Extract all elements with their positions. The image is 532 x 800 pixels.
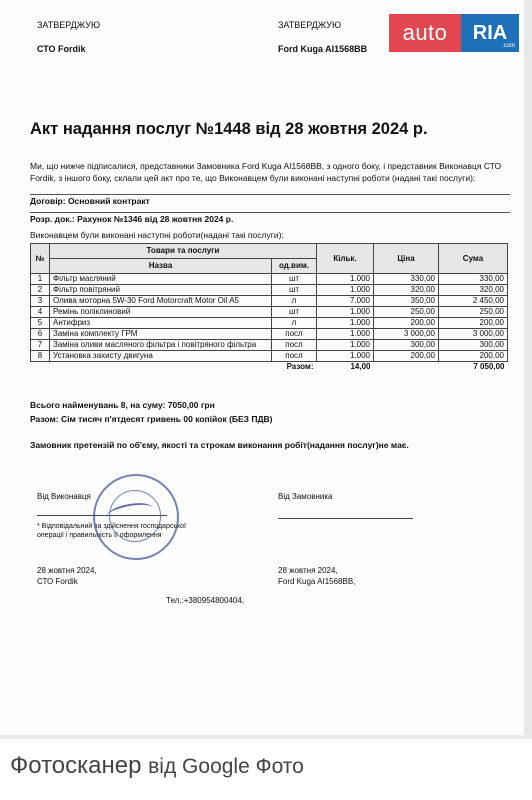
footer-app-name: Фотосканер — [10, 752, 141, 779]
col-price: Ціна — [374, 244, 439, 274]
row-name: Заміна оливи масляного фільтра і повітря… — [50, 340, 272, 351]
phone: Тел.:+380954800404, — [166, 596, 244, 605]
contract-line: Договір: Основний контракт — [30, 194, 510, 207]
row-no: 2 — [31, 285, 50, 296]
approve-left: ЗАТВЕРДЖУЮ СТО Fordik — [37, 20, 100, 54]
customer-date: 28 жовтня 2024, — [278, 566, 338, 575]
performed-note: Виконавцем були виконані наступні роботи… — [30, 229, 510, 241]
watermark-ria-suffix: .com — [502, 43, 515, 49]
row-price: 3 000,00 — [374, 329, 439, 340]
row-unit: л — [272, 318, 317, 329]
row-price: 200,00 — [374, 351, 439, 362]
row-sum: 2 450,00 — [439, 296, 508, 307]
row-sum: 3 000,00 — [439, 329, 508, 340]
page-bottom-edge — [0, 735, 532, 739]
row-unit: шт — [272, 274, 317, 285]
table-row: 6Заміна комплекту ГРМпосл1.0003 000,003 … — [31, 329, 508, 340]
col-qty: Кільк. — [317, 244, 374, 274]
col-sum: Сума — [439, 244, 508, 274]
table-row: 7Заміна оливи масляного фільтра і повітр… — [31, 340, 508, 351]
row-sum: 250,00 — [439, 307, 508, 318]
row-name: Фільтр масляний — [50, 274, 272, 285]
col-group: Товари та послуги — [50, 244, 317, 259]
row-qty: 7.000 — [317, 296, 374, 307]
row-price: 320,00 — [374, 285, 439, 296]
row-no: 5 — [31, 318, 50, 329]
footer-caption: Фотосканер від Google Фото — [10, 752, 304, 780]
approve-right-value: Ford Kuga AI1568BB — [278, 44, 367, 54]
row-no: 4 — [31, 307, 50, 318]
summary-words: Разом: Сім тисяч п'ятдесят гривень 00 ко… — [30, 414, 273, 424]
row-qty: 1.000 — [317, 318, 374, 329]
row-price: 200,00 — [374, 318, 439, 329]
table-row: 3Олива моторна 5W-30 Ford Motorcraft Mot… — [31, 296, 508, 307]
row-no: 6 — [31, 329, 50, 340]
row-price: 330,00 — [374, 274, 439, 285]
row-no: 7 — [31, 340, 50, 351]
approve-left-label: ЗАТВЕРДЖУЮ — [37, 20, 100, 30]
row-qty: 1.000 — [317, 285, 374, 296]
customer-label: Від Замовника — [278, 492, 333, 501]
row-unit: посл — [272, 340, 317, 351]
row-price: 250,00 — [374, 307, 439, 318]
approve-right-label: ЗАТВЕРДЖУЮ — [278, 20, 367, 30]
col-no: № — [31, 244, 50, 274]
row-sum: 320,00 — [439, 285, 508, 296]
row-unit: посл — [272, 329, 317, 340]
row-sum: 200,00 — [439, 318, 508, 329]
company-stamp — [93, 474, 179, 560]
row-qty: 1.000 — [317, 307, 374, 318]
table-row: 5Антифризл1.000200,00200,00 — [31, 318, 508, 329]
row-name: Заміна комплекту ГРМ — [50, 329, 272, 340]
row-unit: шт — [272, 285, 317, 296]
autoria-watermark: auto RIA .com — [389, 14, 519, 52]
page-edge — [524, 0, 532, 735]
row-no: 8 — [31, 351, 50, 362]
total-qty: 14,00 — [317, 362, 374, 373]
row-price: 300,00 — [374, 340, 439, 351]
watermark-ria: RIA .com — [461, 14, 519, 52]
approve-left-value: СТО Fordik — [37, 44, 100, 54]
row-sum: 330,00 — [439, 274, 508, 285]
table-row: 2Фільтр повітрянийшт1.000320,00320,00 — [31, 285, 508, 296]
customer-name: Ford Kuga AI1568BB, — [278, 577, 355, 586]
approve-right: ЗАТВЕРДЖУЮ Ford Kuga AI1568BB — [278, 20, 367, 54]
row-qty: 1.000 — [317, 274, 374, 285]
footer-rest: від Google Фото — [148, 755, 304, 778]
customer-sign-line — [278, 518, 413, 519]
total-sum: 7 050,00 — [439, 362, 508, 373]
row-unit: шт — [272, 307, 317, 318]
table-row: 4Ремінь поліклиновийшт1.000250,00250,00 — [31, 307, 508, 318]
executor-name: СТО Fordik — [37, 577, 78, 586]
total-row: Разом: 14,00 7 050,00 — [31, 362, 508, 373]
document-title: Акт надання послуг №1448 від 28 жовтня 2… — [30, 120, 500, 139]
items-table: № Товари та послуги Кільк. Ціна Сума Наз… — [30, 243, 508, 372]
row-unit: посл — [272, 351, 317, 362]
row-name: Фільтр повітряний — [50, 285, 272, 296]
row-qty: 1.000 — [317, 329, 374, 340]
row-sum: 200,00 — [439, 351, 508, 362]
executor-label: Від Виконавця — [37, 492, 91, 501]
row-sum: 300,00 — [439, 340, 508, 351]
watermark-auto: auto — [389, 14, 461, 52]
col-unit: од.вим. — [272, 259, 317, 274]
row-qty: 1.000 — [317, 340, 374, 351]
table-row: 8Установка захисту двигунапосл1.000200,0… — [31, 351, 508, 362]
row-price: 350,00 — [374, 296, 439, 307]
row-name: Олива моторна 5W-30 Ford Motorcraft Moto… — [50, 296, 272, 307]
executor-date: 28 жовтня 2024, — [37, 566, 97, 575]
col-name: Назва — [50, 259, 272, 274]
row-no: 1 — [31, 274, 50, 285]
row-unit: л — [272, 296, 317, 307]
table-row: 1Фільтр маслянийшт1.000330,00330,00 — [31, 274, 508, 285]
row-name: Антифриз — [50, 318, 272, 329]
watermark-ria-text: RIA — [473, 22, 507, 45]
document-intro: Ми, що нижче підписалися, представники З… — [30, 160, 510, 184]
total-label: Разом: — [31, 362, 317, 373]
row-qty: 1.000 — [317, 351, 374, 362]
summary-count: Всього найменувань 8, на суму: 7050,00 г… — [30, 400, 215, 410]
invoice-line: Розр. док.: Рахунок №1346 від 28 жовтня … — [30, 212, 510, 225]
row-no: 3 — [31, 296, 50, 307]
claim-line: Замовник претензій по об'єму, якості та … — [30, 440, 409, 450]
row-name: Ремінь поліклиновий — [50, 307, 272, 318]
row-name: Установка захисту двигуна — [50, 351, 272, 362]
